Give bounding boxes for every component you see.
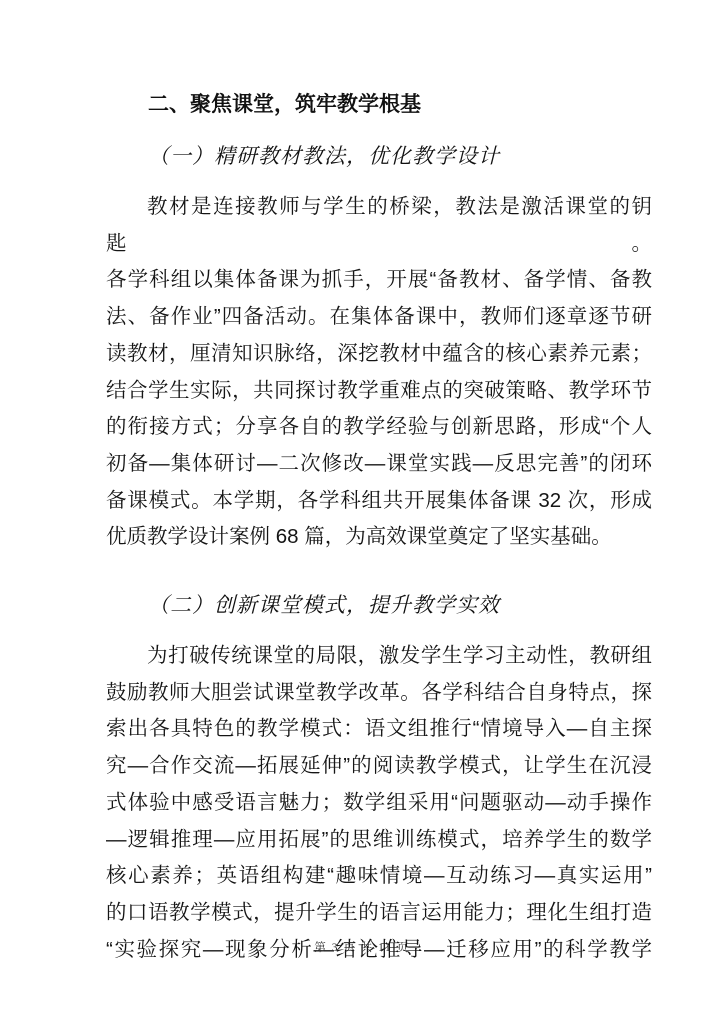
text-line: 优质教学设计案例 68 篇，为高效课堂奠定了坚实基础。: [106, 519, 652, 556]
page-content: 二、聚焦课堂，筑牢教学根基 （一）精研教材教法，优化教学设计 教材是连接教师与学…: [106, 86, 652, 968]
section-heading: 二、聚焦课堂，筑牢教学根基: [106, 86, 652, 123]
text-line: 法、备作业”四备活动。在集体备课中，教师们逐章逐节研: [106, 299, 652, 336]
subsection-heading-2: （二）创新课堂模式，提升教学实效: [106, 587, 652, 624]
text-line: —逻辑推理—应用拓展”的思维训练模式，培养学生的数学: [106, 822, 652, 859]
paragraph-2: 为打破传统课堂的局限，激发学生学习主动性，教研组鼓励教师大胆尝试课堂教学改革。各…: [106, 638, 652, 968]
text-line: 的口语教学模式，提升学生的语言运用能力；理化生组打造: [106, 895, 652, 932]
text-line: 核心素养；英语组构建“趣味情境—互动练习—真实运用”: [106, 858, 652, 895]
page-number-text: 第 3 页 共 11 页: [314, 942, 409, 954]
text-line: 为打破传统课堂的局限，激发学生学习主动性，教研组: [106, 638, 652, 675]
text-line: 结合学生实际，共同探讨教学重难点的突破策略、教学环节: [106, 373, 652, 410]
page-footer: 第 3 页 共 11 页: [0, 941, 724, 955]
text-line: 各学科组以集体备课为抓手，开展“备教材、备学情、备教: [106, 262, 652, 299]
paragraph-1: 教材是连接教师与学生的桥梁，教法是激活课堂的钥匙。各学科组以集体备课为抓手，开展…: [106, 189, 652, 556]
text-line: 的衔接方式；分享各自的教学经验与创新思路，形成“个人: [106, 409, 652, 446]
text-line: 鼓励教师大胆尝试课堂教学改革。各学科结合自身特点，探: [106, 675, 652, 712]
text-line: 备课模式。本学期，各学科组共开展集体备课 32 次，形成: [106, 483, 652, 520]
text-line: 究—合作交流—拓展延伸”的阅读教学模式，让学生在沉浸: [106, 748, 652, 785]
text-line: 教材是连接教师与学生的桥梁，教法是激活课堂的钥匙。: [106, 189, 652, 262]
text-line: 读教材，厘清知识脉络，深挖教材中蕴含的核心素养元素；: [106, 336, 652, 373]
document-page: 二、聚焦课堂，筑牢教学根基 （一）精研教材教法，优化教学设计 教材是连接教师与学…: [0, 0, 724, 1024]
text-line: 初备—集体研讨—二次修改—课堂实践—反思完善”的闭环: [106, 446, 652, 483]
text-line: 索出各具特色的教学模式：语文组推行“情境导入—自主探: [106, 711, 652, 748]
text-line: 式体验中感受语言魅力；数学组采用“问题驱动—动手操作: [106, 785, 652, 822]
subsection-heading-1: （一）精研教材教法，优化教学设计: [106, 138, 652, 175]
